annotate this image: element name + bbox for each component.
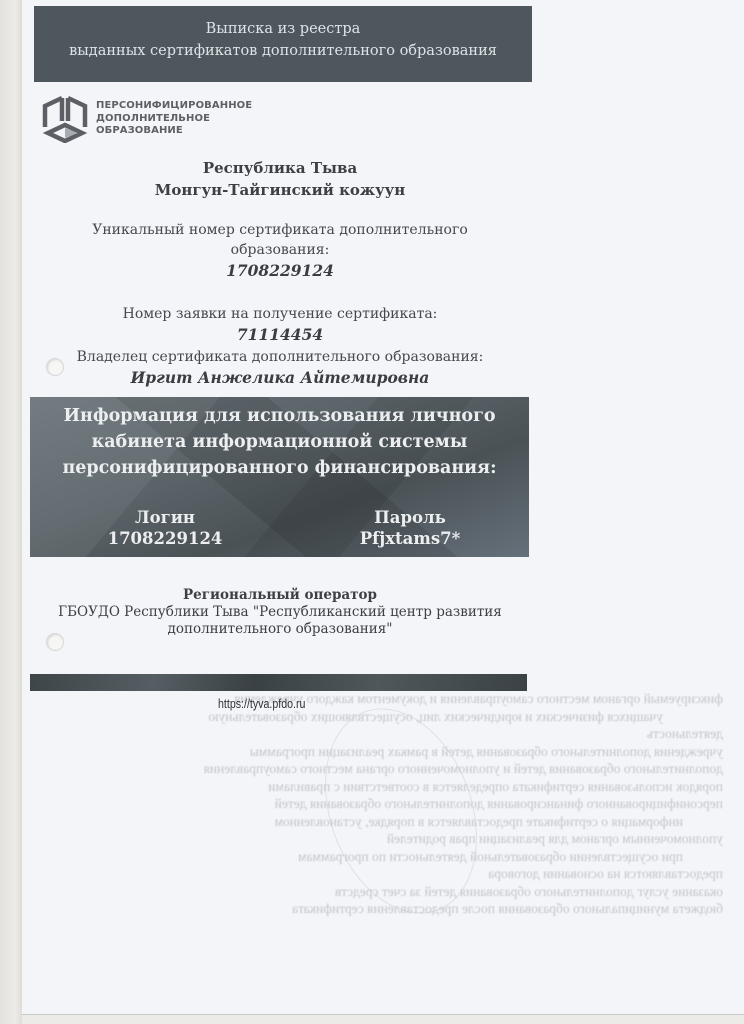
operator-name-line-1: ГБОУДО Республики Тыва "Республиканский … [40, 604, 520, 621]
bleed-line: при осуществлении образовательной деятел… [75, 848, 723, 866]
bleed-line: предоставляются на основании договора [75, 865, 723, 883]
bleed-line: дополнительного образования детей и упол… [75, 760, 723, 778]
account-info-title-line-2: кабинета информационной системы [30, 429, 529, 455]
application-number-block: Номер заявки на получение сертификата: 7… [40, 304, 520, 346]
certificate-label-line-2: образования: [40, 240, 520, 260]
certificate-number: 1708229124 [40, 260, 520, 282]
logo-line-2: ДОПОЛНИТЕЛЬНОЕ [96, 113, 252, 126]
bleed-line: информация о сертификате предоставляется… [75, 813, 723, 831]
certificate-number-block: Уникальный номер сертификата дополнитель… [40, 220, 520, 282]
bleed-line: бюджета муниципального образования после… [75, 900, 723, 918]
logo-line-1: ПЕРСОНИФИЦИРОВАННОЕ [96, 100, 252, 113]
login-credential: Логин 1708229124 [90, 507, 240, 549]
account-info-title-line-1: Информация для использования личного [30, 403, 529, 429]
scan-left-edge [0, 0, 22, 1024]
punch-hole [46, 633, 64, 651]
owner-name: Иргит Анжелика Айтемировна [40, 367, 520, 389]
bleed-line: деятельность [75, 725, 723, 743]
certificate-owner-block: Владелец сертификата дополнительного обр… [40, 347, 520, 389]
logo-line-3: ОБРАЗОВАНИЕ [96, 125, 252, 138]
header-title-line-2: выданных сертификатов дополнительного об… [34, 40, 532, 62]
owner-label: Владелец сертификата дополнительного обр… [40, 347, 520, 367]
account-info-title: Информация для использования личного каб… [30, 403, 529, 481]
bleed-line: персонифицированного финансирования допо… [75, 795, 723, 813]
header-title-line-1: Выписка из реестра [34, 18, 532, 40]
pfdo-cube-logo-icon [40, 95, 90, 143]
bleed-through-text: фиксируемый органом местного самоуправле… [75, 690, 723, 918]
password-value: Pfjxtams7* [330, 528, 490, 549]
registry-extract-header: Выписка из реестра выданных сертификатов… [34, 6, 532, 82]
bleed-line: уполномоченным органом для реализации пр… [75, 830, 723, 848]
account-info-panel: Информация для использования личного каб… [30, 397, 529, 557]
application-number: 71114454 [40, 324, 520, 346]
region-block: Республика Тыва Монгун-Тайгинский кожуун [40, 157, 520, 201]
operator-name-line-2: дополнительного образования" [40, 621, 520, 638]
bleed-line: учреждения дополнительного образования д… [75, 743, 723, 761]
pfdo-logo: ПЕРСОНИФИЦИРОВАННОЕ ДОПОЛНИТЕЛЬНОЕ ОБРАЗ… [40, 95, 252, 143]
password-label: Пароль [330, 507, 490, 528]
certificate-label-line-1: Уникальный номер сертификата дополнитель… [40, 220, 520, 240]
regional-operator-block: Региональный оператор ГБОУДО Республики … [40, 587, 520, 638]
punch-hole [46, 358, 64, 376]
operator-title: Региональный оператор [40, 587, 520, 604]
footer-band [30, 674, 527, 691]
bleed-line: учащихся физических и юридических лиц, о… [75, 708, 723, 726]
password-credential: Пароль Pfjxtams7* [330, 507, 490, 549]
logo-wordmark: ПЕРСОНИФИЦИРОВАННОЕ ДОПОЛНИТЕЛЬНОЕ ОБРАЗ… [96, 100, 252, 138]
region-republic: Республика Тыва [40, 157, 520, 179]
bleed-line: фиксируемый органом местного самоуправле… [75, 690, 723, 708]
bleed-line: оказание услуг дополнительного образован… [75, 883, 723, 901]
application-label: Номер заявки на получение сертификата: [40, 304, 520, 324]
account-info-title-line-3: персонифицированного финансирования: [30, 455, 529, 481]
login-label: Логин [90, 507, 240, 528]
login-value: 1708229124 [90, 528, 240, 549]
website-link[interactable]: https://tyva.pfdo.ru [218, 697, 305, 711]
bleed-line: порядок использования сертификата опреде… [75, 778, 723, 796]
region-district: Монгун-Тайгинский кожуун [40, 179, 520, 201]
